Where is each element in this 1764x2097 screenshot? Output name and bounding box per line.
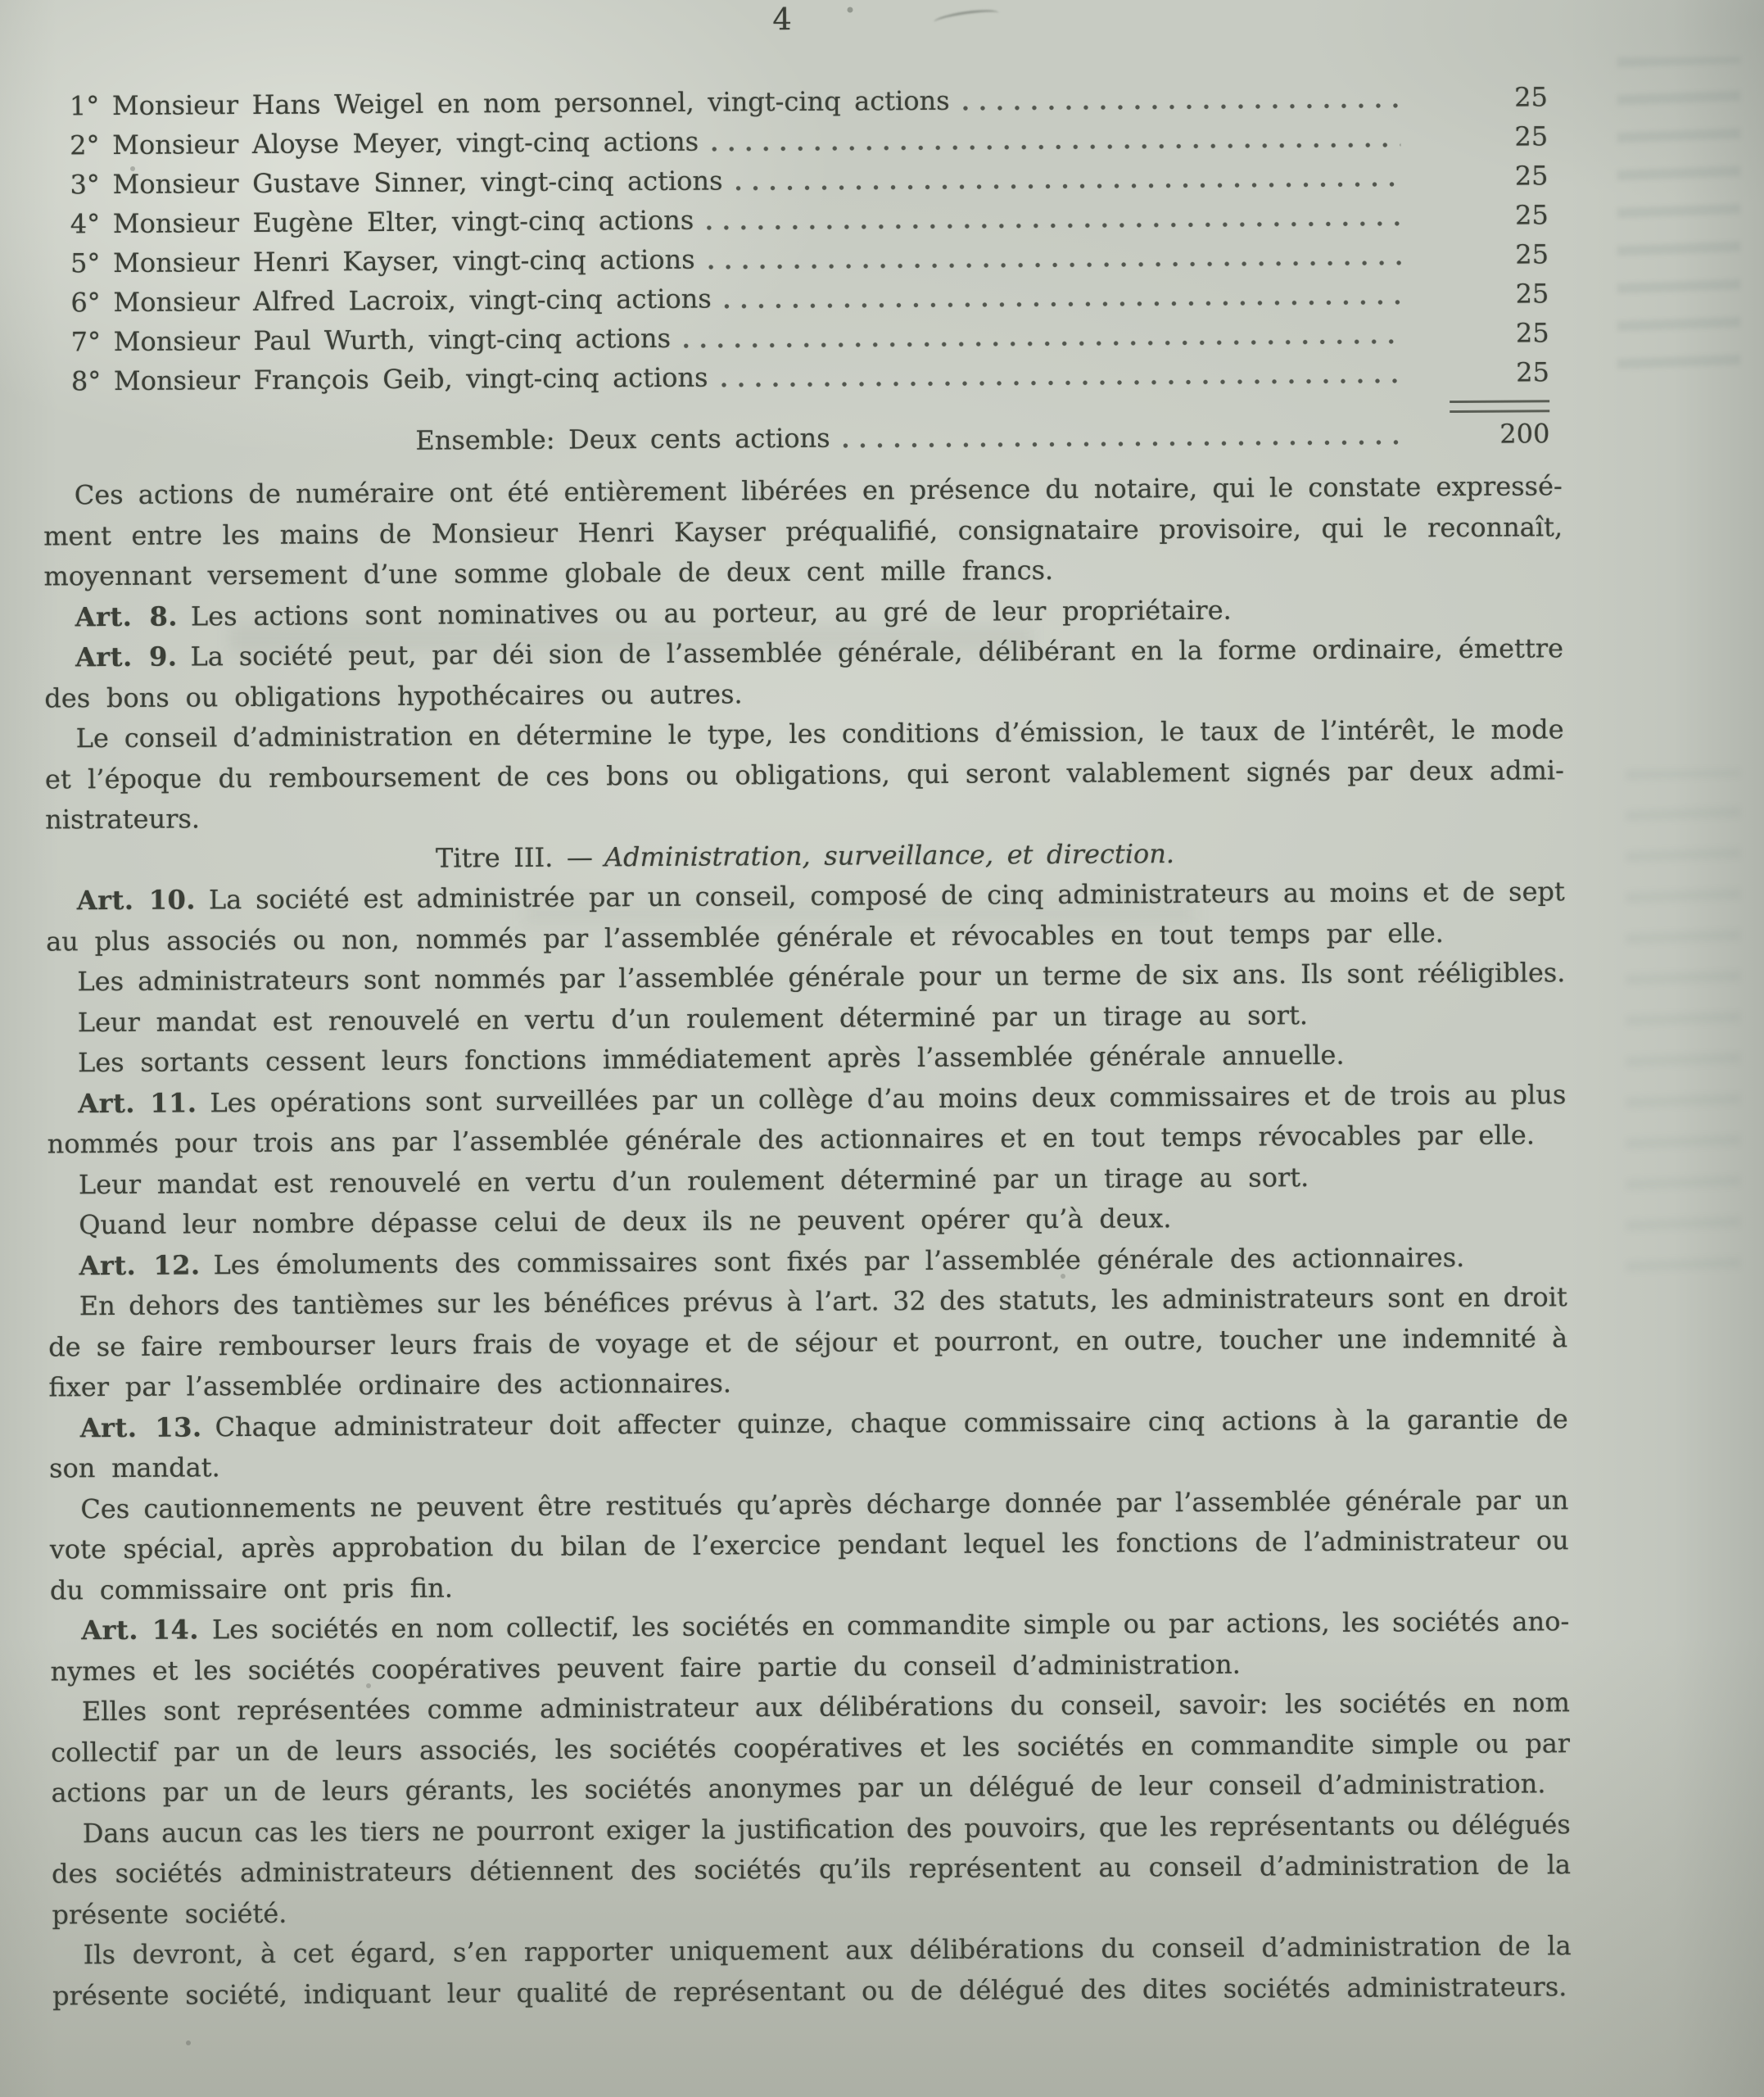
item-text: Monsieur Eugène Elter, vingt-cinq action…: [113, 201, 694, 243]
item-share-count: 25: [1446, 313, 1549, 353]
dot-leader: [707, 220, 1401, 230]
dot-leader: [708, 260, 1402, 269]
article-label: Art. 8.: [75, 600, 178, 632]
heading-title: Administration, surveillance, et directi…: [604, 838, 1174, 872]
item-number: 1°: [70, 86, 112, 125]
total-row: Ensemble: Deux cents actions200: [43, 414, 1562, 462]
article-label: Art. 9.: [75, 641, 178, 673]
page-number: 4: [772, 2, 793, 37]
item-share-count: 25: [1445, 156, 1548, 196]
item-share-count: 25: [1445, 77, 1548, 117]
item-text: Monsieur Hans Weigel en nom personnel, v…: [112, 81, 950, 125]
item-number: 3°: [70, 165, 112, 204]
article-label: Art. 12.: [79, 1249, 200, 1281]
item-number: 6°: [70, 283, 113, 322]
item-text: Monsieur Henri Kayser, vingt-cinq action…: [113, 240, 695, 283]
dot-leader: [735, 181, 1400, 191]
item-share-count: 25: [1446, 234, 1549, 274]
item-text: Monsieur François Geib, vingt-cinq actio…: [114, 358, 708, 401]
dot-leader: [844, 439, 1403, 448]
scanned-document-page: 4 1°Monsieur Hans Weigel en nom personne…: [0, 0, 1764, 2097]
item-number: 7°: [71, 322, 114, 361]
total-label: Ensemble: Deux cents actions: [415, 419, 830, 460]
item-number: 5°: [70, 243, 113, 283]
dot-leader: [712, 142, 1400, 152]
article-label: Art. 11.: [78, 1087, 197, 1119]
article-label: Art. 14.: [81, 1614, 199, 1646]
subscription-list-item: 8°Monsieur François Geib, vingt-cinq act…: [43, 352, 1562, 401]
total-share-count: 200: [1447, 414, 1549, 454]
text-line: présente société, indiquant leur qualité…: [52, 1967, 1572, 2017]
page-tilt-wrapper: 4 1°Monsieur Hans Weigel en nom personne…: [0, 0, 1764, 2097]
dot-leader: [721, 378, 1402, 387]
dot-leader: [684, 338, 1402, 348]
item-number: 8°: [71, 361, 114, 401]
paragraph-section: Ces actions de numéraire ont été entière…: [43, 466, 1572, 2016]
item-text: Monsieur Alfred Lacroix, vingt-cinq acti…: [113, 279, 712, 322]
item-text: Monsieur Gustave Sinner, vingt-cinq acti…: [112, 161, 722, 204]
paper-speck-artifact: [0, 0, 3, 3]
item-share-count: 25: [1446, 274, 1549, 314]
dot-leader: [725, 299, 1402, 309]
item-text: Monsieur Paul Wurth, vingt-cinq actions: [114, 319, 672, 361]
item-share-count: 25: [1446, 195, 1549, 235]
item-text: Monsieur Aloyse Meyer, vingt-cinq action…: [112, 122, 699, 165]
item-share-count: 25: [1447, 352, 1549, 392]
article-label: Art. 13.: [80, 1411, 202, 1443]
dot-leader: [963, 102, 1400, 111]
heading-prefix: Titre III. —: [436, 841, 593, 873]
item-share-count: 25: [1445, 116, 1548, 156]
document-content: 1°Monsieur Hans Weigel en nom personnel,…: [41, 77, 1572, 2016]
article-label: Art. 10.: [77, 884, 196, 916]
item-number: 4°: [70, 204, 113, 243]
sum-rule: [1450, 400, 1549, 413]
item-number: 2°: [70, 125, 112, 165]
